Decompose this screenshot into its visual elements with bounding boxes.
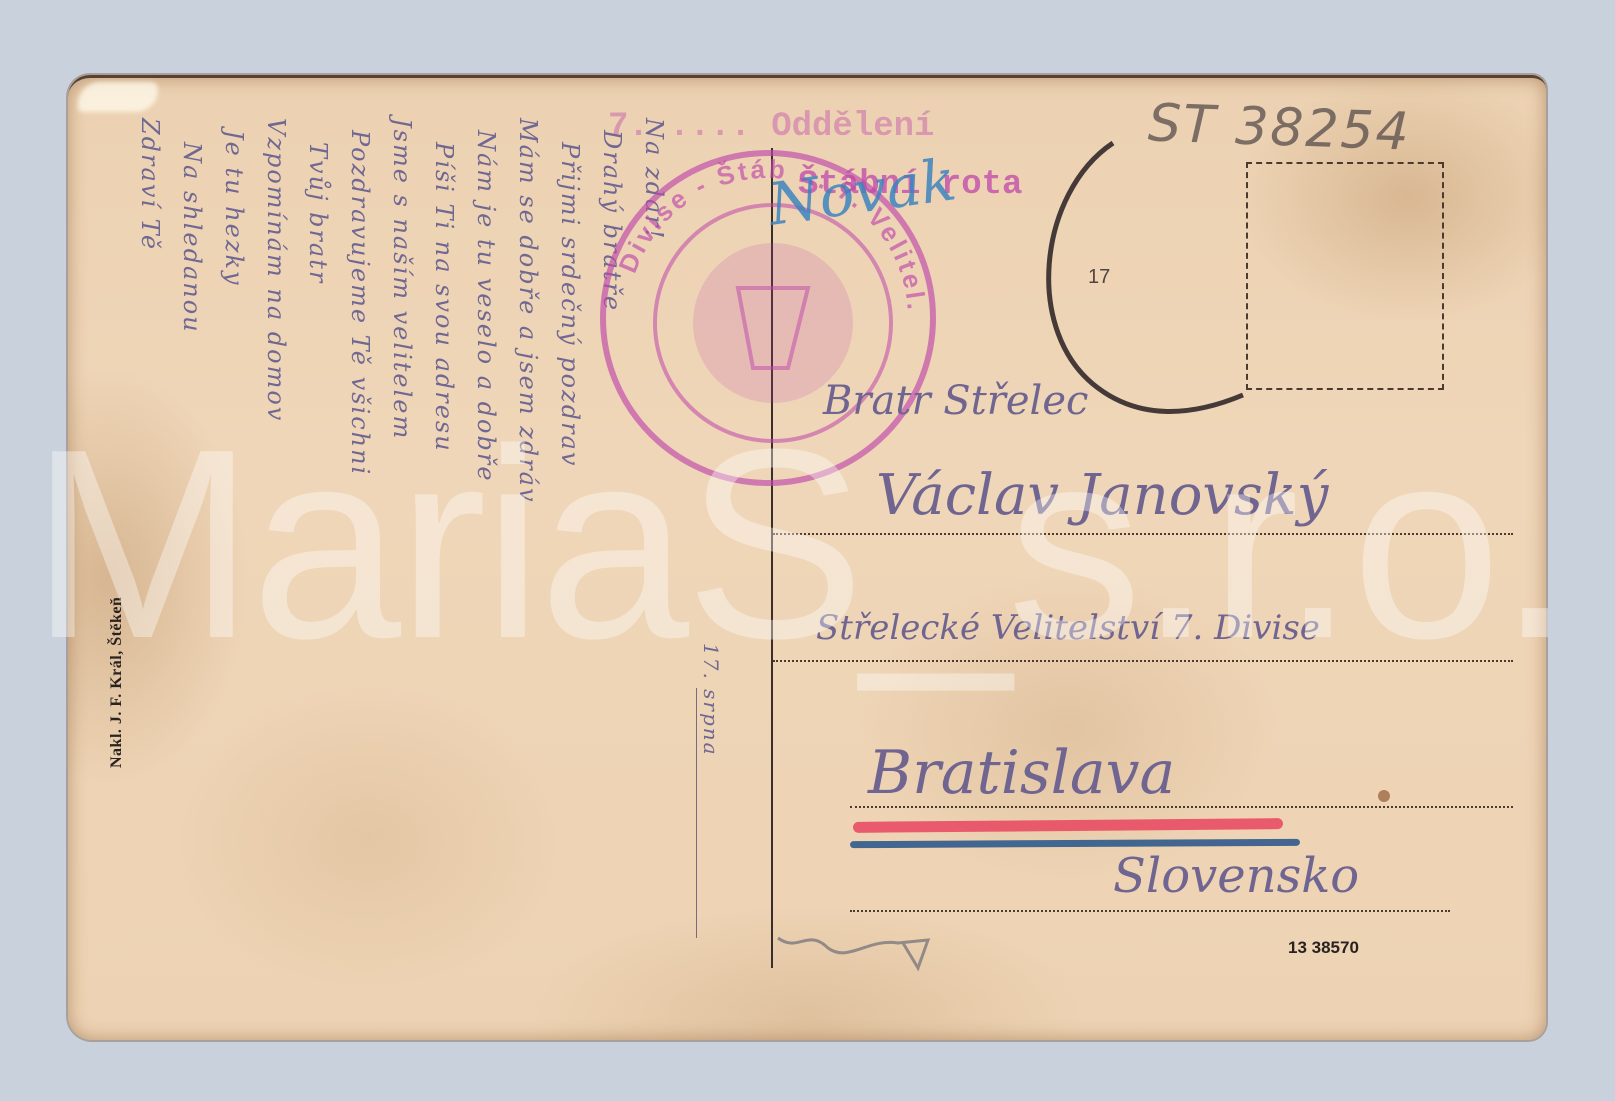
address-line-4	[850, 910, 1450, 912]
serial-number: 13 38570	[1288, 938, 1359, 958]
address-recipient-title: Bratr Střelec	[823, 378, 1088, 424]
date-underline	[696, 688, 697, 938]
message-line: Mám se dobře a jsem zdráv	[514, 118, 542, 504]
message-date: 17. srpna	[699, 643, 723, 757]
message-line: Píši Ti na svou adresu	[430, 142, 458, 453]
message-line: Tvůj bratr	[304, 142, 332, 284]
address-unit: Střelecké Velitelství 7. Divise	[816, 608, 1320, 648]
stain	[1378, 790, 1390, 802]
address-recipient-name: Václav Janovský	[876, 463, 1328, 528]
pencil-scribble-icon	[768, 918, 968, 978]
blue-underline	[850, 839, 1300, 848]
red-underline	[853, 818, 1283, 833]
postcard: Nakl. J. F. Král, Štěkeň Na zdar!Drahý b…	[68, 75, 1546, 1040]
message-line: Přijmi srdečný pozdrav	[556, 142, 584, 467]
message-line: Vzpomínám na domov	[262, 118, 290, 422]
message-line: Je tu hezky	[220, 130, 248, 287]
violet-stamp-line1: 7. .... Oddělení	[608, 108, 934, 146]
address-city: Bratislava	[868, 738, 1175, 808]
svg-text:17: 17	[1088, 266, 1110, 288]
address-line-1	[773, 533, 1513, 535]
publisher-imprint: Nakl. J. F. Král, Štěkeň	[108, 597, 126, 768]
corner-wear	[78, 82, 158, 112]
address-line-2	[773, 660, 1513, 662]
message-line: Jsme s naším velitelem	[388, 118, 416, 440]
message-line: Pozdravujeme Tě všichni	[346, 130, 374, 476]
stamp-box	[1246, 162, 1444, 390]
message-line: Zdraví Tě	[136, 118, 164, 251]
message-line: Nám je tu veselo a dobře	[472, 130, 500, 483]
address-country: Slovensko	[1113, 848, 1359, 904]
message-line: Na shledanou	[178, 142, 206, 334]
